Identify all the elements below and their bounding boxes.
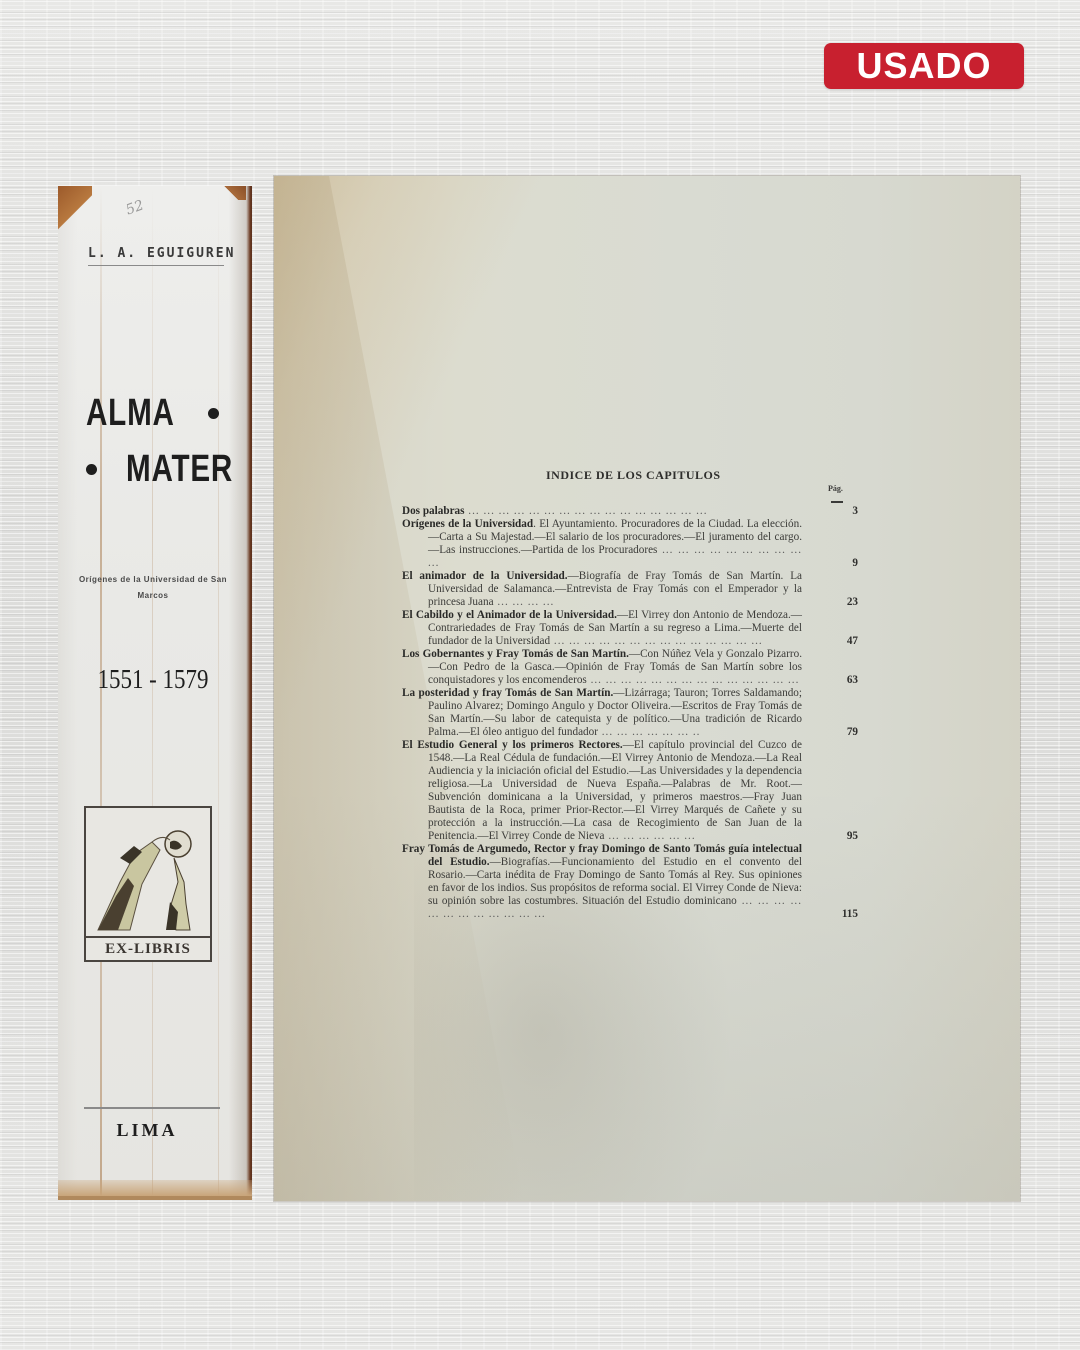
toc-entry: El Cabildo y el Animador de la Universid…: [402, 609, 858, 648]
dot-leader: ... ... ... ... ... ... ... ... ... ... …: [464, 505, 707, 517]
toc-entry: El Estudio General y los primeros Rector…: [402, 739, 858, 843]
toc-entry: Orígenes de la Universidad. El Ayuntamie…: [402, 518, 858, 570]
toc-entry-page: 23: [818, 596, 858, 609]
toc-entry-page: 115: [818, 908, 858, 921]
spine-wear: [58, 1180, 252, 1196]
bookplate-illustration-icon: [90, 812, 206, 934]
spine-title-line-1: ALMA: [86, 392, 175, 435]
spine-title-line-2: MATER: [126, 448, 233, 491]
toc-entry-page: 3: [818, 505, 858, 518]
toc-entry-heading: El Estudio General y los primeros Rector…: [402, 739, 623, 751]
bullet-dot-icon: [86, 464, 97, 475]
spine-years: 1551 - 1579: [89, 664, 217, 695]
dot-leader: ... ... ... ... ... ... ... ... ... ... …: [587, 674, 800, 686]
spine-publisher-city: LIMA: [58, 1120, 236, 1141]
dot-leader: ... ... ... ... ... ... ... ... ... ... …: [550, 635, 763, 647]
toc-entry-page: 95: [818, 830, 858, 843]
toc-entry: Los Gobernantes y Fray Tomás de San Mart…: [402, 648, 858, 687]
toc-entry-page: 9: [818, 557, 858, 570]
spine-tear: [58, 186, 92, 230]
dot-leader: ... ... ... ... ... ... ..: [598, 726, 701, 738]
used-condition-badge: USADO: [824, 43, 1024, 89]
toc-entry-page: 47: [818, 635, 858, 648]
toc-entry: El animador de la Universidad.—Biografía…: [402, 570, 858, 609]
book-spine: 52 L. A. EGUIGUREN ALMA MATER Orígenes d…: [58, 186, 252, 1200]
bookplate-label: EX-LIBRIS: [86, 936, 210, 960]
spine-rule: [88, 265, 224, 266]
toc-entry-heading: El Cabildo y el Animador de la Universid…: [402, 609, 617, 621]
toc-entry-heading: El animador de la Universidad.: [402, 570, 568, 582]
dot-leader: ... ... ... ... ... ...: [605, 830, 696, 842]
book-page-table-of-contents: INDICE DE LOS CAPITULOS Pág. Dos palabra…: [274, 176, 1020, 1201]
dot-leader: ... ... ... ...: [494, 596, 555, 608]
toc-entry: Fray Tomás de Argumedo, Rector y fray Do…: [402, 843, 858, 921]
toc-title: INDICE DE LOS CAPITULOS: [546, 468, 721, 483]
toc-entry-page: 63: [818, 674, 858, 687]
toc-list: Dos palabras ... ... ... ... ... ... ...…: [402, 505, 858, 921]
toc-entry-body: —El capítulo provincial del Cuzco de 154…: [428, 739, 802, 842]
toc-entry-page: 79: [818, 726, 858, 739]
toc-entry-heading: Los Gobernantes y Fray Tomás de San Mart…: [402, 648, 629, 660]
spine-rule: [84, 1107, 220, 1109]
toc-entry-heading: Dos palabras: [402, 505, 464, 517]
spine-tear: [224, 186, 246, 200]
spine-author: L. A. EGUIGUREN: [88, 246, 228, 261]
handwritten-number: 52: [124, 197, 146, 218]
bullet-dot-icon: [208, 408, 219, 419]
toc-entry-heading: La posteridad y fray Tomás de San Martín…: [402, 687, 613, 699]
page-column-header: Pág.: [828, 484, 843, 493]
toc-entry-heading: Orígenes de la Universidad: [402, 518, 533, 530]
page-column-rule: [831, 501, 843, 503]
toc-entry: Dos palabras ... ... ... ... ... ... ...…: [402, 505, 858, 518]
toc-entry: La posteridad y fray Tomás de San Martín…: [402, 687, 858, 739]
spine-subtitle: Orígenes de la Universidad de San Marcos: [78, 572, 228, 604]
ex-libris-bookplate: EX-LIBRIS: [84, 806, 212, 962]
spine-crease: [218, 186, 219, 1196]
